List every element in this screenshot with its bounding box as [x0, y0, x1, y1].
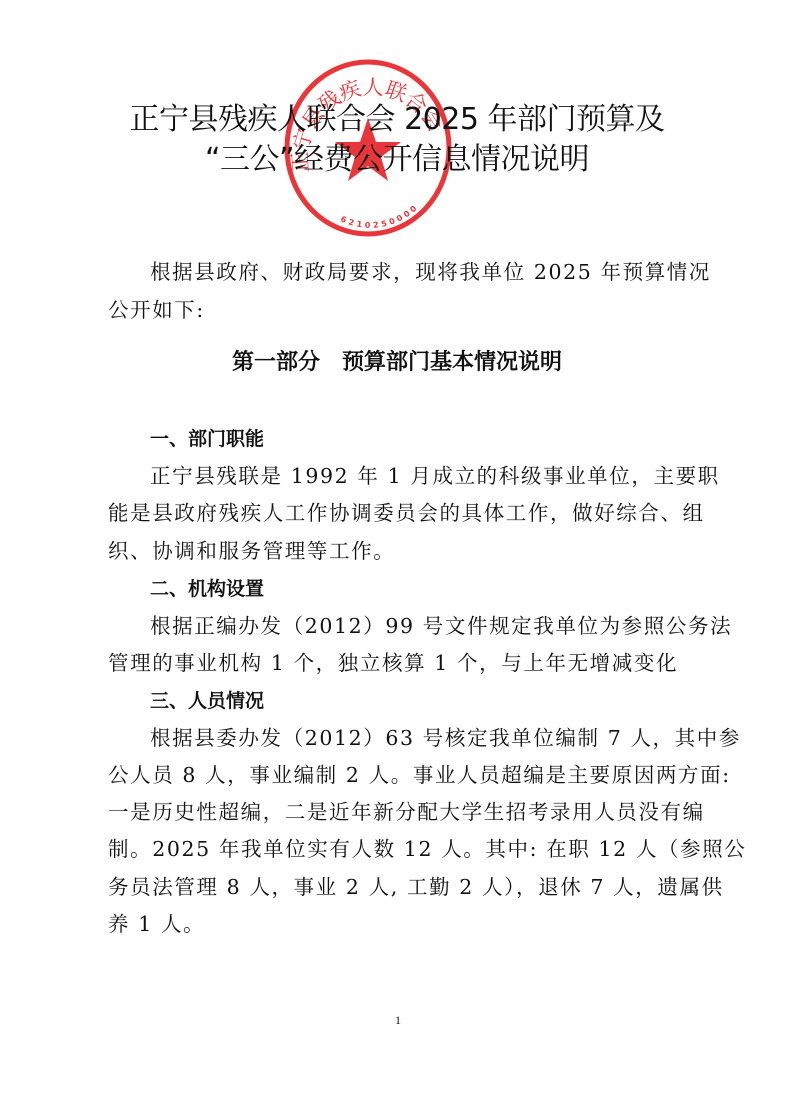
- functions-line-3: 织、协调和服务管理等工作。: [108, 538, 690, 564]
- staffing-line-4: 制。2025 年我单位实有人数 12 人。其中: 在职 12 人（参照公: [108, 836, 690, 862]
- document-title-line-1: 正宁县残疾人联合会 2025 年部门预算及: [0, 103, 794, 137]
- part-one-heading: 第一部分 预算部门基本情况说明: [0, 349, 794, 377]
- functions-line-1: 正宁县残联是 1992 年 1 月成立的科级事业单位，主要职: [150, 463, 690, 489]
- section-heading-organization: 二、机构设置: [150, 576, 264, 602]
- document-title-line-2: “三公”经费公开信息情况说明: [0, 143, 794, 177]
- staffing-line-1: 根据县委办发（2012）63 号核定我单位编制 7 人，其中参: [150, 725, 690, 751]
- intro-line-2: 公开如下:: [108, 297, 690, 323]
- functions-line-2: 能是县政府残疾人工作协调委员会的具体工作，做好综合、组: [108, 500, 690, 526]
- section-heading-staffing: 三、人员情况: [150, 688, 264, 714]
- intro-line-1: 根据县政府、财政局要求，现将我单位 2025 年预算情况: [150, 259, 690, 285]
- staffing-line-3: 一是历史性超编，二是近年新分配大学生招考录用人员没有编: [108, 799, 690, 825]
- seal-number: 6210250000: [339, 202, 421, 230]
- page-number: 1: [391, 1013, 405, 1028]
- organization-line-2: 管理的事业机构 1 个，独立核算 1 个，与上年无增减变化: [108, 650, 690, 676]
- staffing-line-2: 公人员 8 人，事业编制 2 人。事业人员超编是主要原因两方面:: [108, 762, 690, 788]
- section-heading-functions: 一、部门职能: [150, 426, 264, 452]
- staffing-line-5: 务员法管理 8 人，事业 2 人, 工勤 2 人），退休 7 人，遗属供: [108, 874, 690, 900]
- document-page: 正宁县残疾人联合会 2025 年部门预算及 “三公”经费公开信息情况说明 正宁县…: [0, 0, 794, 1108]
- svg-text:6210250000: 6210250000: [339, 202, 421, 230]
- organization-line-1: 根据正编办发（2012）99 号文件规定我单位为参照公务法: [150, 613, 690, 639]
- staffing-line-6: 养 1 人。: [108, 911, 690, 937]
